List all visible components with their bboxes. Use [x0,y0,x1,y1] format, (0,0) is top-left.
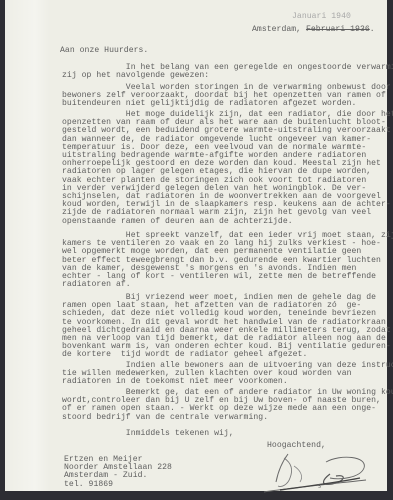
salutation: Aan onze Huurders. [60,47,148,55]
place-date: Amsterdam, Februari 1936. [252,26,375,34]
text-line: stoord bedrijf van de centrale verwarmin… [62,414,393,422]
text-line: de kortere tijd wordt de radiator geheel… [62,351,391,359]
signature-icon: 5 [260,448,372,494]
paragraph-uitstraling: Het moge duidelijk zijn, dat een radiato… [62,111,393,226]
text-line: radiatoren in de toekomst niet meer voor… [62,378,393,386]
paragraph-intro: In het belang van een geregelde en onges… [62,64,393,80]
text-line: buitendeuren niet gelijktijdig de radiat… [62,100,393,108]
place: Amsterdam, [252,25,306,34]
text-line: zij op het navolgende gewezen: [62,72,393,80]
text-line: openstaande ramen of deuren aan de achte… [62,218,393,226]
svg-text:5: 5 [318,484,321,490]
letter-page: Januari 1940 Amsterdam, Februari 1936. A… [5,0,387,491]
paragraph-controleer: Bemerkt ge, dat een of andere radiator i… [62,389,393,422]
date-suffix: . [370,25,375,34]
paragraph-vriezend-weer: Bij vriezend weer moet, indien men de ge… [62,294,391,360]
handwritten-date: Januari 1940 [292,13,351,21]
paragraph-storingen: Veelal worden storingen in de verwarming… [62,84,393,109]
struck-date: Februari 1936 [306,25,370,34]
closing-line: Inmiddels tekenen wij, [62,430,234,438]
paragraph-medewerken: Indien alle bewoners aan de uitvoering v… [62,362,393,387]
sender-block: Ertzen en MeijerNoorder Amstellaan 228Am… [64,456,172,489]
paragraph-ventileren: Het spreekt vanzelf, dat een ieder vrij … [62,232,393,289]
text-line: radiatoren af. [62,281,393,289]
sender-phone: tel. 91869 [64,481,172,489]
